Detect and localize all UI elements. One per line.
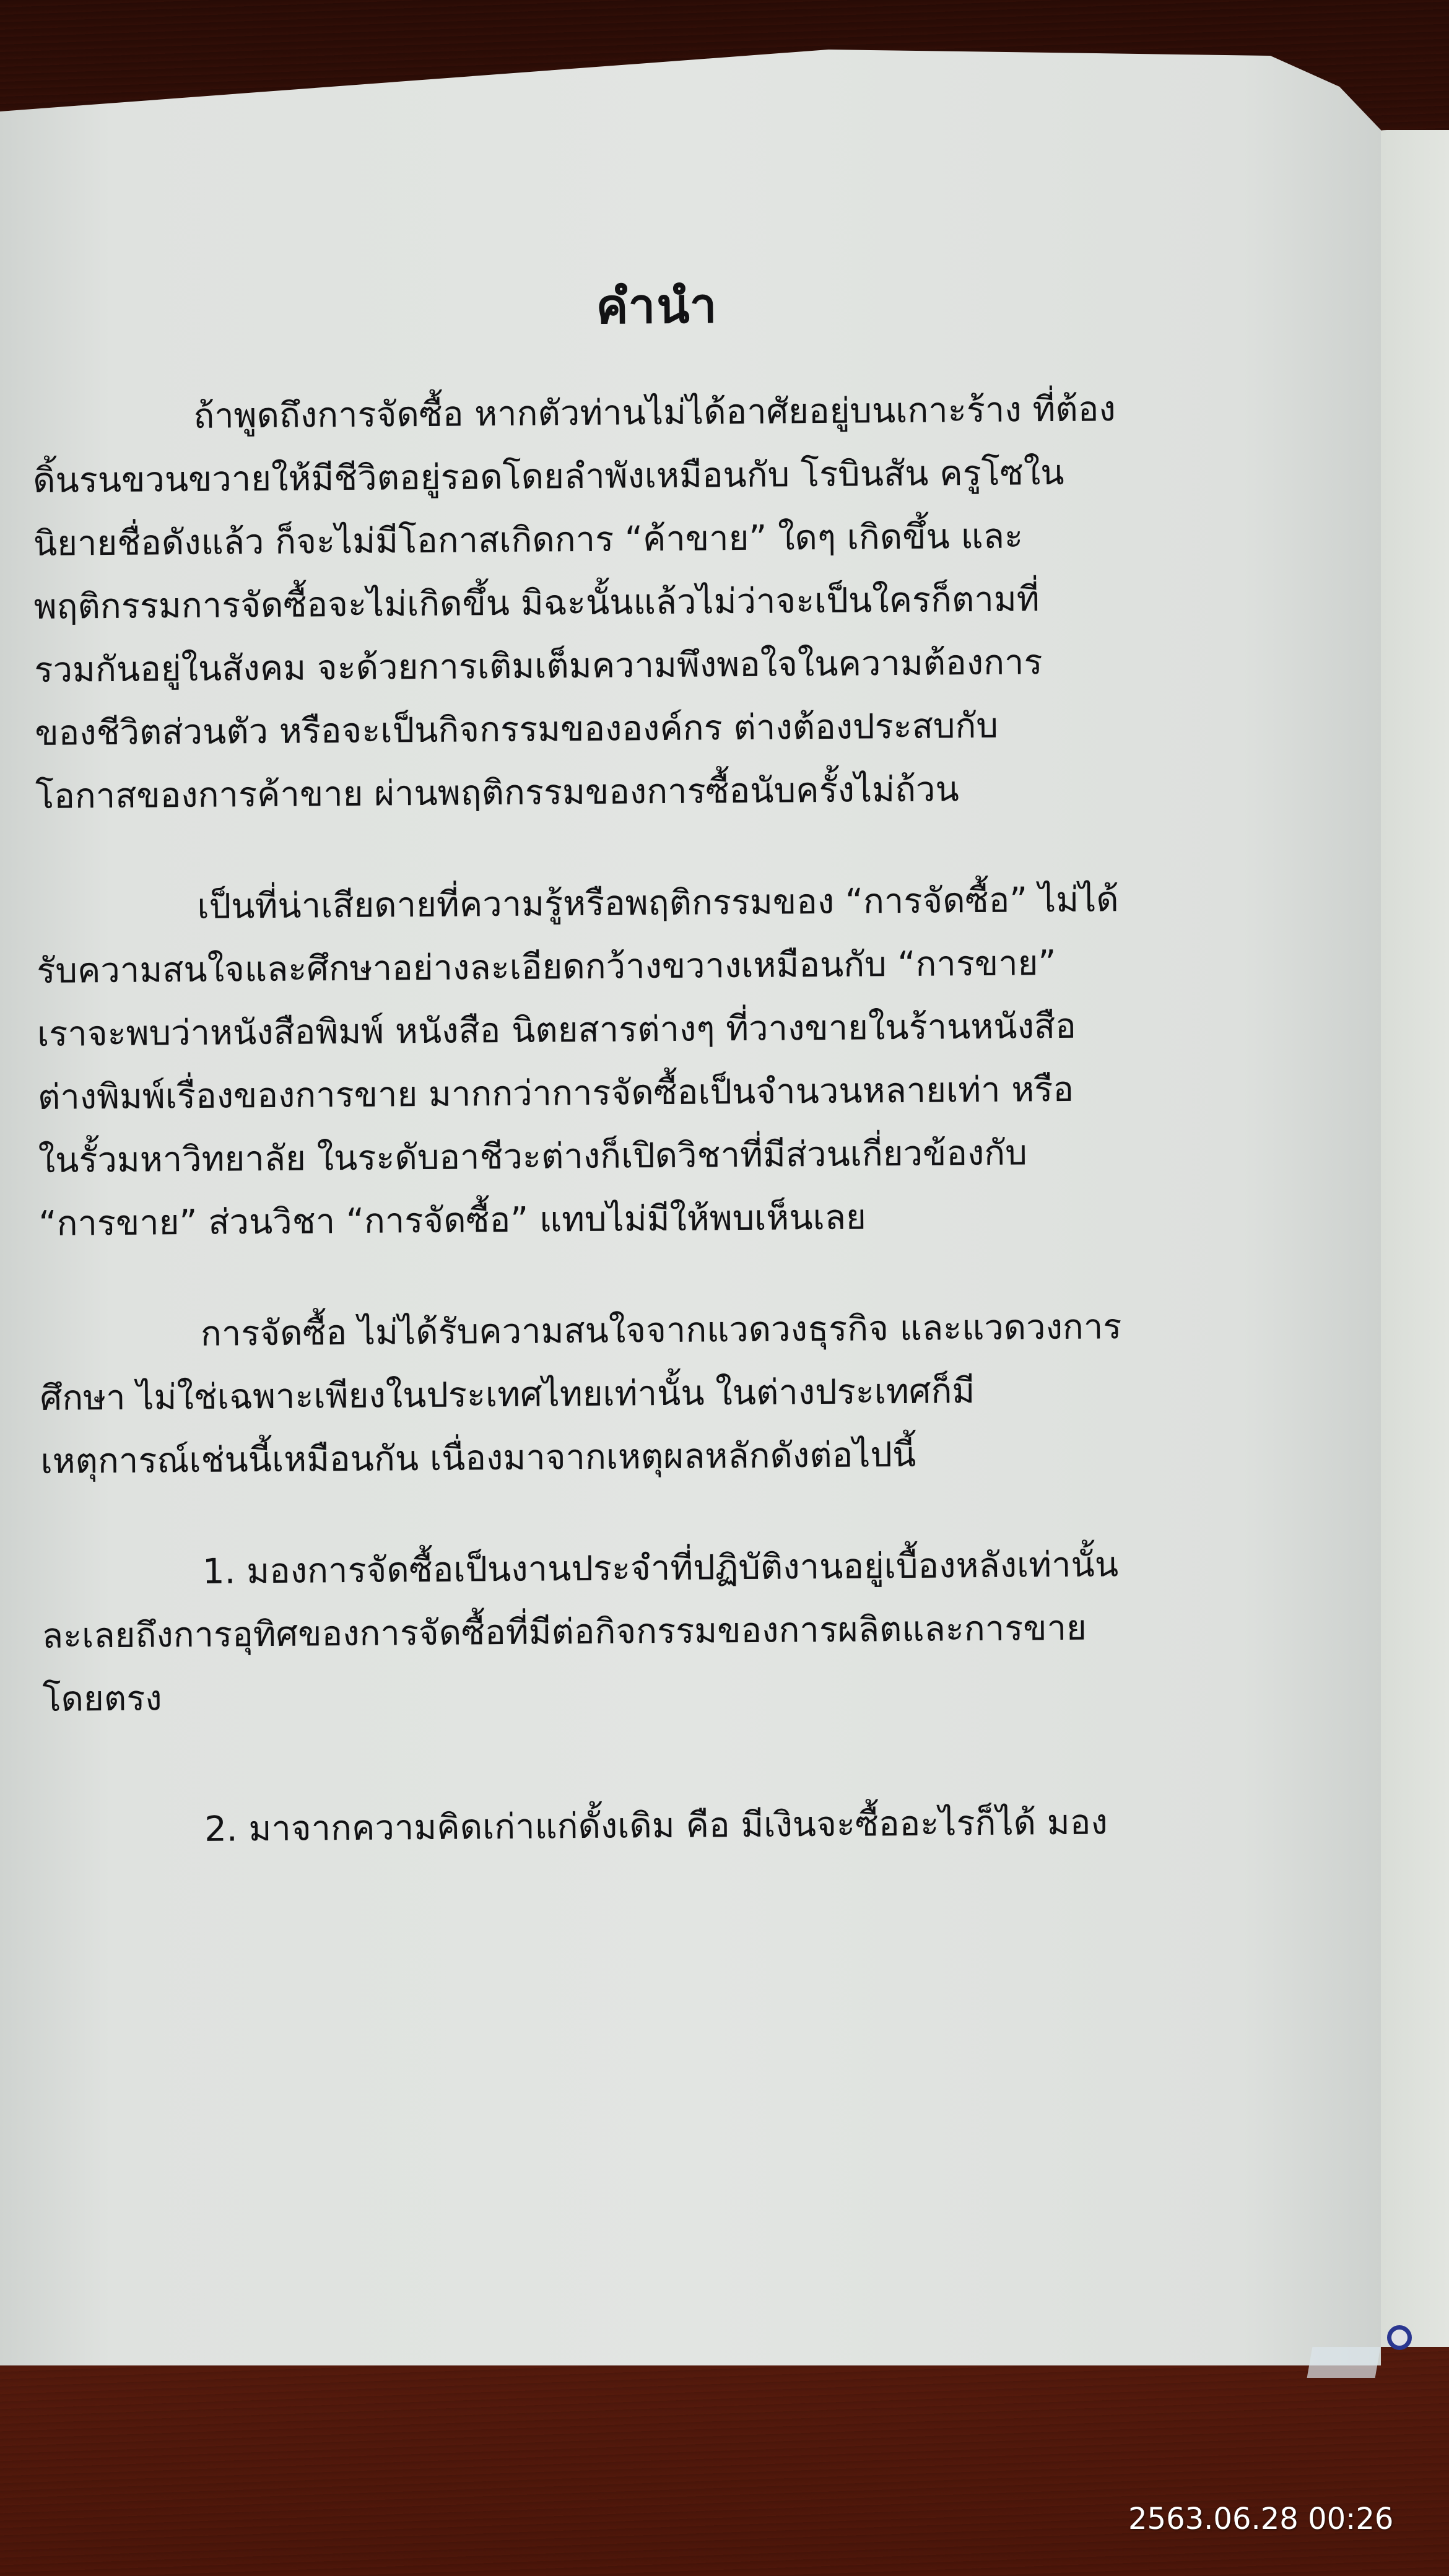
text-line: ในรั้วมหาวิทยาลัย ในระดับอาชีวะต่างก็เปิ… bbox=[38, 1120, 1203, 1193]
text-line: โดยตรง bbox=[42, 1659, 1207, 1731]
reason-item-1: 1. มองการจัดซื้อเป็นงานประจำที่ปฏิบัติงา… bbox=[41, 1533, 1207, 1731]
text-line: 2. มาจากความคิดเก่าแก่ดั้งเดิม คือ มีเงิ… bbox=[43, 1790, 1208, 1863]
text-line: “การขาย” ส่วนวิชา “การจัดซื้อ” แทบไม่มีใ… bbox=[38, 1183, 1203, 1256]
page-title: คำนำ bbox=[118, 263, 1196, 349]
text-line: เหตุการณ์เช่นนี้เหมือนกัน เนื่องมาจากเหต… bbox=[40, 1421, 1205, 1494]
text-line: 1. มองการจัดซื้อเป็นงานประจำที่ปฏิบัติงา… bbox=[41, 1533, 1206, 1605]
page-content: คำนำ ถ้าพูดถึงการจัดซื้อ หากตัวท่านไม่ได… bbox=[31, 226, 1208, 1911]
tape-piece bbox=[1307, 2347, 1381, 2378]
text-line: ศึกษา ไม่ใช่เฉพาะเพียงในประเทศไทยเท่านั้… bbox=[40, 1358, 1204, 1430]
paragraph-1: ถ้าพูดถึงการจัดซื้อ หากตัวท่านไม่ได้อาศั… bbox=[32, 377, 1200, 829]
paragraph-2: เป็นที่น่าเสียดายที่ความรู้หรือพฤติกรรมข… bbox=[36, 868, 1203, 1256]
text-line: ของชีวิตส่วนตัว หรือจะเป็นกิจกรรมขององค์… bbox=[35, 693, 1199, 765]
text-line: เราจะพบว่าหนังสือพิมพ์ หนังสือ นิตยสารต่… bbox=[37, 994, 1202, 1066]
text-line: การจัดซื้อ ไม่ได้รับความสนใจจากแวดวงธุรก… bbox=[40, 1295, 1204, 1367]
binding-knot bbox=[1387, 2325, 1412, 2350]
text-line: ละเลยถึงการอุทิศของการจัดซื้อที่มีต่อกิจ… bbox=[41, 1596, 1206, 1668]
text-line: โอกาสของการค้าขาย ผ่านพฤติกรรมของการซื้อ… bbox=[35, 756, 1200, 829]
text-line: เป็นที่น่าเสียดายที่ความรู้หรือพฤติกรรมข… bbox=[36, 868, 1201, 940]
text-line: ต่างพิมพ์เรื่องของการขาย มากกว่าการจัดซื… bbox=[38, 1057, 1203, 1129]
text-line: นิยายชื่อดังแล้ว ก็จะไม่มีโอกาสเกิดการ “… bbox=[33, 503, 1198, 576]
paragraph-3: การจัดซื้อ ไม่ได้รับความสนใจจากแวดวงธุรก… bbox=[40, 1295, 1205, 1494]
text-line: รับความสนใจและศึกษาอย่างละเอียดกว้างขวาง… bbox=[37, 931, 1201, 1003]
text-line: ถ้าพูดถึงการจัดซื้อ หากตัวท่านไม่ได้อาศั… bbox=[32, 377, 1197, 450]
text-line: พฤติกรรมการจัดซื้อจะไม่เกิดขึ้น มิฉะนั้น… bbox=[33, 567, 1198, 639]
text-line: รวมกันอยู่ในสังคม จะด้วยการเติมเต็มความพ… bbox=[34, 630, 1199, 702]
photo-timestamp: 2563.06.28 00:26 bbox=[1128, 2502, 1393, 2536]
text-line: ดิ้นรนขวนขวายให้มีชีวิตอยู่รอดโดยลำพังเห… bbox=[33, 440, 1198, 513]
reason-item-2: 2. มาจากความคิดเก่าแก่ดั้งเดิม คือ มีเงิ… bbox=[43, 1790, 1208, 1863]
